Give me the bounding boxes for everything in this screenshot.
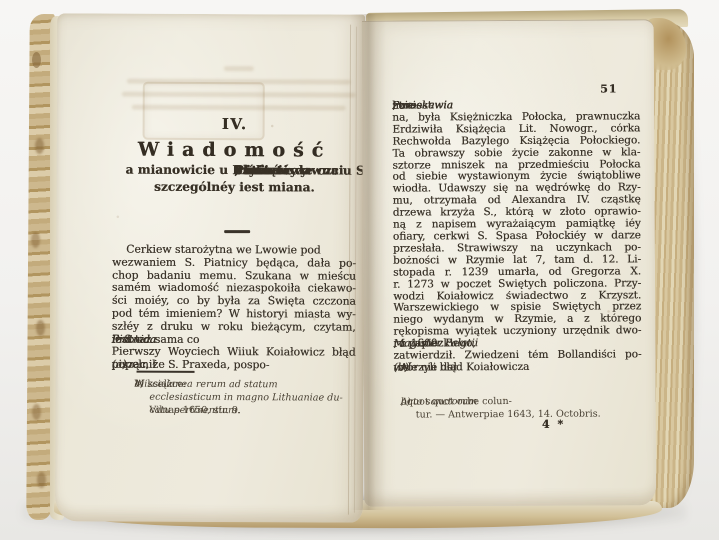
text-line: szczególnéy iest miana. [92,178,376,196]
right-body-text: licie Poroskawia, to iest Paraskewia zwa… [392,99,641,374]
text-line: Cerkiew starożytna we Lwowie pod [112,244,356,258]
chapter-subtitle: o świętéy Piatnicy czyli Para-skewie, kt… [92,161,376,195]
left-footnote: a) W książce: Miscellanea rerum ad statu… [134,378,366,418]
signature-mark: 4 * [542,418,582,431]
text-line: iż S. Piatnica iest taż sama co Praxeda. [112,333,356,347]
text-line: pod tém imieniem? W historyi miasta wy- [112,308,356,322]
text-line: tur. — Antwerpiae 1643, 14. Octobris. [401,407,639,421]
right-page: 51 licie Poroskawia, to iest Paraskewia … [362,19,657,507]
footnote-rule [137,371,195,373]
text-line: catu pertinentium. Vilnae 1650, str. 9. [134,404,366,418]
text-line: samém wiadomość niezaspokoiła ciekawo- [112,282,356,296]
chapter-number: IV. [105,115,365,134]
left-page: IV. Wiadomość o świętéy Piatnicy czyli P… [55,13,365,522]
show-through-line [224,66,253,71]
title-rule [224,230,250,233]
text-line: wezwaniem S. Piatnicy będąca, dała po- [112,256,356,270]
deckle-blemishes [32,52,41,68]
text-line: wtórzyli błąd Koiałowicza (b). Ale nie d… [394,361,642,374]
text-line: chop badaniu memu. Szukana w mieścu [112,269,356,283]
chapter-title: Wiadomość [96,139,372,162]
text-line: ecclesiasticum in magno Lithuaniae du- [134,391,366,405]
text-line: b) Acta sanctorum, quot quot orbe colun- [401,394,639,408]
right-footnote: b) Acta sanctorum, quot quot orbe colun-… [401,394,639,421]
left-body-text: Cerkiew starożytna we Lwowie podwezwanie… [112,244,357,373]
show-through-line [122,92,356,98]
page-number: 51 [600,82,630,95]
show-through-line [131,105,346,111]
photo-backdrop: IV. Wiadomość o świętéy Piatnicy czyli P… [0,0,719,540]
text-line: a) W książce: Miscellanea rerum ad statu… [134,378,366,392]
show-through-line [127,79,351,85]
text-line: ści moiéy, co by była za Święta czczona [112,295,356,309]
